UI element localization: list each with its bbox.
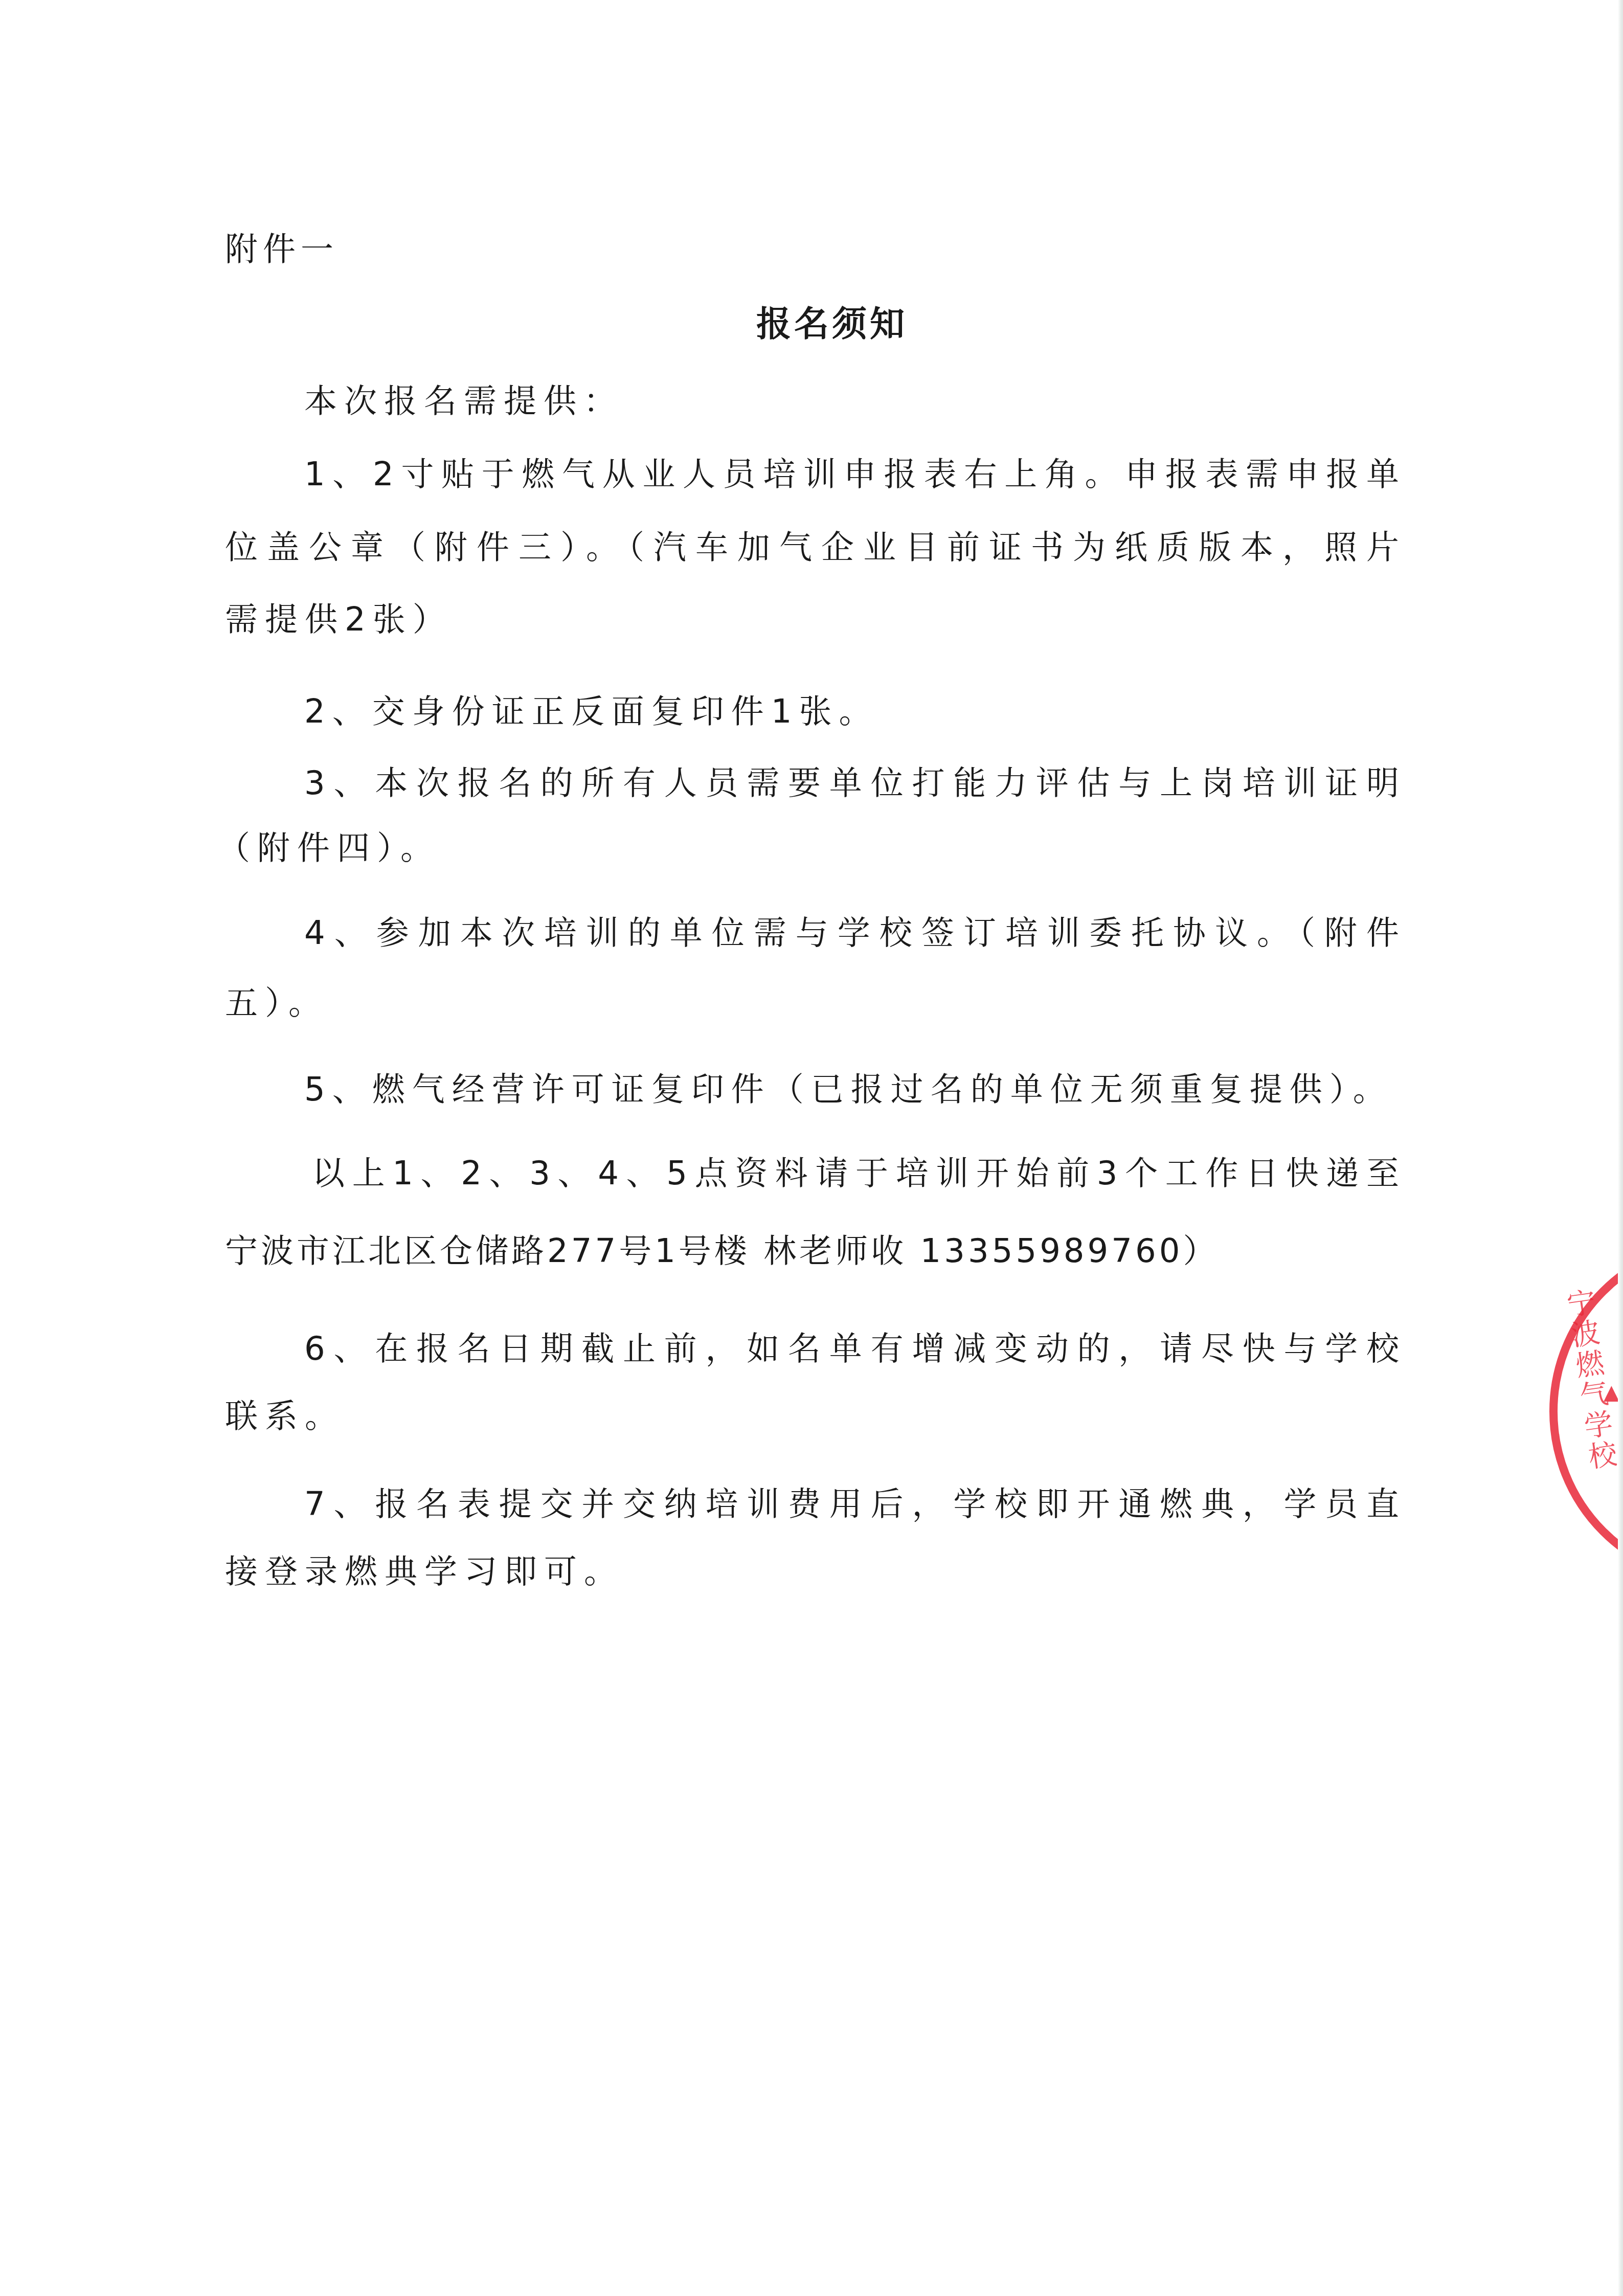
seal-star-icon: ▲ [1604, 1381, 1619, 1404]
item-1-line-2: 位盖公章（附件三）。（汽车加气企业目前证书为纸质版本，照片 [225, 527, 1406, 568]
item-1-line-3: 需提供2张） [225, 599, 1406, 640]
mailing-instructions-line-1: 以上1、2、3、4、5点资料请于培训开始前3个工作日快递至（ [312, 1153, 1406, 1194]
item-6-line-1: 6、在报名日期截止前，如名单有增减变动的，请尽快与学校 [304, 1329, 1406, 1369]
item-4-line-2: 五）。 [225, 983, 1406, 1024]
item-3-line-2: （附件四）。 [217, 828, 1399, 869]
attachment-label: 附件一 [225, 229, 339, 270]
item-4-line-1: 4、参加本次培训的单位需与学校签订培训委托协议。（附件 [304, 913, 1406, 954]
scan-edge-border [1618, 0, 1623, 2296]
document-page: 附件一 报名须知 本次报名需提供： 1、2寸贴于燃气从业人员培训申报表右上角。申… [0, 0, 1623, 2296]
item-7-line-1: 7、报名表提交并交纳培训费用后，学校即开通燃典，学员直 [304, 1484, 1406, 1525]
item-6-line-2: 联系。 [225, 1396, 1406, 1437]
intro-text: 本次报名需提供： [304, 381, 1406, 422]
item-1-line-1: 1、2寸贴于燃气从业人员培训申报表右上角。申报表需申报单 [304, 454, 1406, 495]
mailing-address: 宁波市江北区仓储路277号1号楼 林老师收 13355989760） [225, 1231, 1406, 1272]
item-5: 5、燃气经营许可证复印件（已报过名的单位无须重复提供）。 [304, 1069, 1406, 1110]
item-2: 2、交身份证正反面复印件1张。 [304, 691, 1406, 732]
document-title: 报名须知 [0, 303, 1623, 346]
item-7-line-2: 接登录燃典学习即可。 [225, 1551, 1406, 1592]
item-3-line-1: 3、本次报名的所有人员需要单位打能力评估与上岗培训证明 [304, 763, 1406, 804]
